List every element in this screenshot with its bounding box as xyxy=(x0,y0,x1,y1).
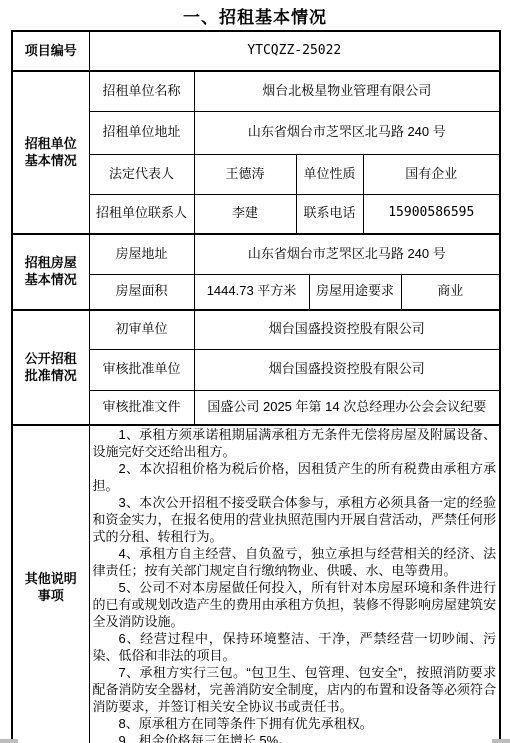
section-label-approval-line1: 公开招租 xyxy=(16,351,86,368)
house-area-value: 1444.73 平方米 xyxy=(194,274,309,310)
row-house-address: 招租房屋 基本情况 房屋地址 山东省烟台市芝罘区北马路 240 号 xyxy=(12,234,500,274)
section-label-approval: 公开招租 批准情况 xyxy=(12,310,89,425)
legal-representative-value: 王德涛 xyxy=(194,154,296,194)
section-label-house-line1: 招租房屋 xyxy=(16,255,86,272)
house-usage-label: 房屋用途要求 xyxy=(309,274,401,310)
unit-contact-label: 招租单位联系人 xyxy=(89,194,194,234)
approval-document-value: 国盛公司 2025 年第 14 次总经理办公会会议纪要 xyxy=(194,390,500,425)
legal-representative-label: 法定代表人 xyxy=(89,154,194,194)
other-notes-text: 1、承租方须承诺租期届满承租方无条件无偿将房屋及附属设备、设施完好交还给出租方。… xyxy=(89,425,500,743)
note-item-6: 6、经营过程中，保持环境整洁、干净，严禁经营一切吵闹、污染、低俗和非法的项目。 xyxy=(93,630,497,664)
section-label-approval-line2: 批准情况 xyxy=(16,368,86,385)
section-label-unit: 招租单位 基本情况 xyxy=(12,71,89,234)
project-number-label: 项目编号 xyxy=(12,31,89,71)
rental-info-table: 项目编号 YTCQZZ-25022 招租单位 基本情况 招租单位名称 烟台北极星… xyxy=(11,30,501,743)
note-item-9: 9、租金价格每三年增长 5%。 xyxy=(93,732,497,743)
page-title: 一、招租基本情况 xyxy=(0,3,510,28)
project-number-value: YTCQZZ-25022 xyxy=(89,31,500,71)
section-label-notes-line1: 其他说明 xyxy=(16,571,86,588)
row-initial-review: 公开招租 批准情况 初审单位 烟台国盛投资控股有限公司 xyxy=(12,310,500,349)
house-address-value: 山东省烟台市芝罘区北马路 240 号 xyxy=(194,234,500,274)
unit-name-value: 烟台北极星物业管理有限公司 xyxy=(194,71,500,111)
section-label-notes: 其他说明 事项 xyxy=(12,425,89,743)
document-page: 一、招租基本情况 项目编号 YTCQZZ-25022 招租单位 基本情况 招租单… xyxy=(0,0,510,743)
house-usage-value: 商业 xyxy=(401,274,500,310)
row-project-number: 项目编号 YTCQZZ-25022 xyxy=(12,31,500,71)
row-other-notes: 其他说明 事项 1、承租方须承诺租期届满承租方无条件无偿将房屋及附属设备、设施完… xyxy=(12,425,500,743)
scrollbar-left-end[interactable] xyxy=(0,739,18,743)
initial-review-label: 初审单位 xyxy=(89,310,194,349)
contact-phone-value: 15900586595 xyxy=(363,194,500,234)
unit-nature-value: 国有企业 xyxy=(363,154,500,194)
note-item-4: 4、承租方自主经营、自负盈亏，独立承担与经营相关的经济、法律责任；按有关部门规定… xyxy=(93,545,497,579)
note-item-8: 8、原承租方在同等条件下拥有优先承租权。 xyxy=(93,715,497,732)
note-item-3: 3、本次公开招租不接受联合体参与，承租方必须具备一定的经验和资金实力，在报名使用… xyxy=(93,494,497,545)
scrollbar-right-end[interactable] xyxy=(492,739,510,743)
unit-name-label: 招租单位名称 xyxy=(89,71,194,111)
house-area-label: 房屋面积 xyxy=(89,274,194,310)
section-label-house-line2: 基本情况 xyxy=(16,272,86,289)
unit-nature-label: 单位性质 xyxy=(296,154,363,194)
note-item-7: 7、承租方实行三包。“包卫生、包管理、包安全”，按照消防要求配备消防安全器材，完… xyxy=(93,664,497,715)
approval-unit-value: 烟台国盛投资控股有限公司 xyxy=(194,349,500,390)
section-label-house: 招租房屋 基本情况 xyxy=(12,234,89,310)
approval-unit-label: 审核批准单位 xyxy=(89,349,194,390)
row-unit-name: 招租单位 基本情况 招租单位名称 烟台北极星物业管理有限公司 xyxy=(12,71,500,111)
house-address-label: 房屋地址 xyxy=(89,234,194,274)
note-item-2: 2、本次招租价格为税后价格，因租赁产生的所有税费由承租方承担。 xyxy=(93,460,497,494)
section-label-unit-line1: 招租单位 xyxy=(16,136,86,153)
section-label-notes-line2: 事项 xyxy=(16,588,86,605)
contact-phone-label: 联系电话 xyxy=(296,194,363,234)
initial-review-value: 烟台国盛投资控股有限公司 xyxy=(194,310,500,349)
unit-address-value: 山东省烟台市芝罘区北马路 240 号 xyxy=(194,111,500,154)
note-item-1: 1、承租方须承诺租期届满承租方无条件无偿将房屋及附属设备、设施完好交还给出租方。 xyxy=(93,426,497,460)
section-label-unit-line2: 基本情况 xyxy=(16,153,86,170)
unit-contact-value: 李建 xyxy=(194,194,296,234)
unit-address-label: 招租单位地址 xyxy=(89,111,194,154)
approval-document-label: 审核批准文件 xyxy=(89,390,194,425)
note-item-5: 5、公司不对本房屋做任何投入，所有针对本房屋环境和条件进行的已有或规划改造产生的… xyxy=(93,579,497,630)
